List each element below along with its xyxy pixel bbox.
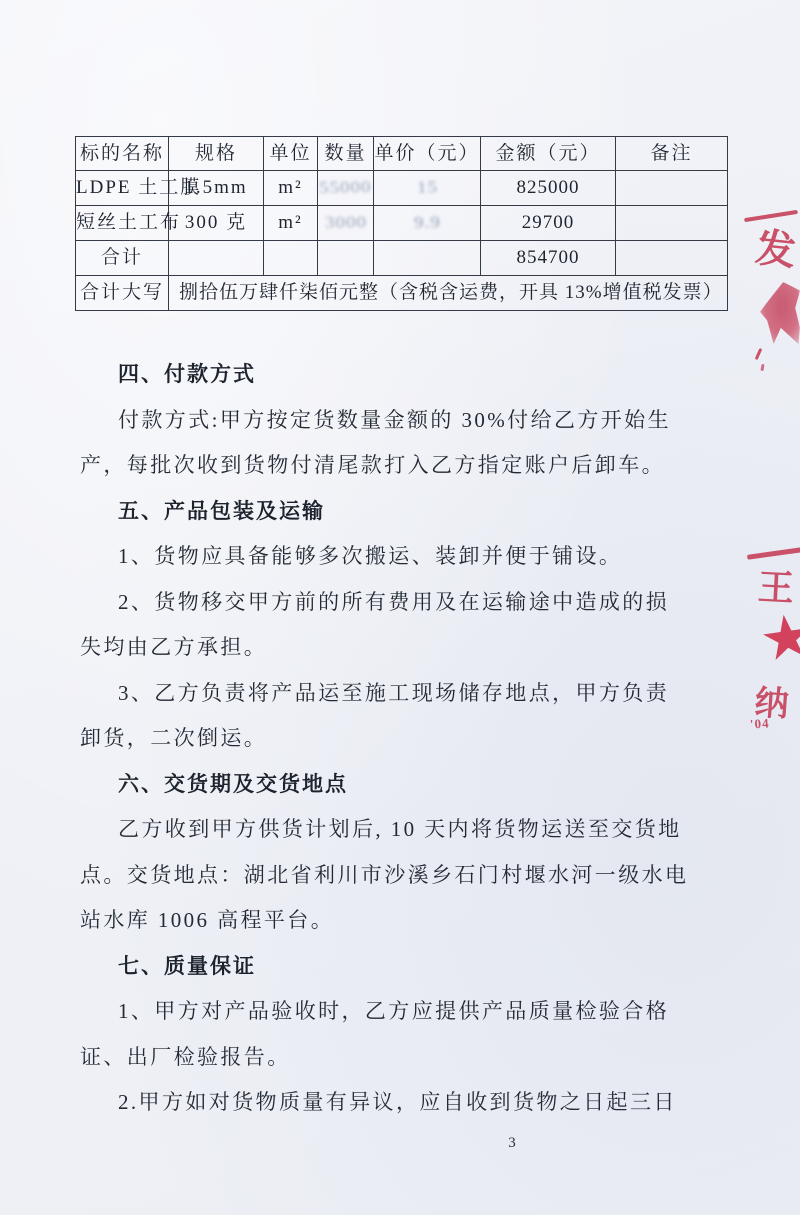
total-label-cell: 合计 [76,241,169,276]
contract-scan-page: 标的名称 规格 单位 数量 单价（元） 金额（元） 备注 LDPE 土工膜 1.… [0,0,800,1215]
clause-line: 乙方收到甲方供货计划后, 10 天内将货物运送至交货地 [80,807,700,853]
unit-cell: m² [264,206,318,241]
table-header-row: 标的名称 规格 单位 数量 单价（元） 金额（元） 备注 [76,137,728,171]
clause-line: 1、货物应具备能够多次搬运、装卸并便于铺设。 [80,534,700,580]
unit-price-cell: 15 [374,171,481,206]
seal-character: 发 [753,216,799,277]
amount-in-words-cell: 捌拾伍万肆仟柒佰元整（含税含运费，开具 13%增值税发票） [169,276,728,311]
contract-clauses: 四、付款方式 付款方式:甲方按定货数量金额的 30%付给乙方开始生 产，每批次收… [80,352,700,1126]
smudged-price-value: 15 [416,178,437,198]
clause-line: 付款方式:甲方按定货数量金额的 30%付给乙方开始生 [80,398,700,444]
words-label-cell: 合计大写 [76,276,169,311]
col-header-qty: 数量 [318,137,374,171]
col-header-remark: 备注 [616,137,728,171]
seal-character: 王 [757,559,796,612]
table-row-ldpe: LDPE 土工膜 1.5mm m² 55000 15 825000 [76,171,728,206]
remark-cell [616,171,728,206]
col-header-spec: 规格 [169,137,264,171]
remark-cell [616,206,728,241]
total-amount-cell: 854700 [481,241,616,276]
amount-cell: 825000 [481,171,616,206]
seal-stroke [760,364,764,371]
unit-cell: m² [264,171,318,206]
item-name-cell: LDPE 土工膜 [76,171,169,206]
empty-cell [374,241,481,276]
seal-stroke [744,210,798,222]
section-heading-delivery: 六、交货期及交货地点 [80,762,700,808]
clause-line: 站水库 1006 高程平台。 [80,898,700,944]
seal-digits: '04 [749,715,770,732]
clause-line: 产，每批次收到货物付清尾款打入乙方指定账户后卸车。 [80,443,700,489]
clause-line: 证、出厂检验报告。 [80,1035,700,1081]
smudged-qty-value: 55000 [319,178,372,199]
seal-stroke [755,348,763,360]
table-row-total: 合计 854700 [76,241,728,276]
spec-cell: 300 克 [169,206,264,241]
goods-table: 标的名称 规格 单位 数量 单价（元） 金额（元） 备注 LDPE 土工膜 1.… [75,136,728,311]
qty-cell: 55000 [318,171,374,206]
seal-character: 纳 [753,675,790,726]
section-heading-quality: 七、质量保证 [80,944,700,990]
qty-cell: 3000 [318,206,374,241]
table-row-geotextile: 短丝土工布 300 克 m² 3000 9.9 29700 [76,206,728,241]
section-heading-packaging: 五、产品包装及运输 [80,489,700,535]
col-header-item-name: 标的名称 [76,137,169,171]
item-name-cell: 短丝土工布 [76,206,169,241]
empty-cell [318,241,374,276]
clause-line: 卸货，二次倒运。 [80,716,700,762]
col-header-unit-price: 单价（元） [374,137,481,171]
smudged-qty-value: 3000 [324,213,366,233]
table-row-amount-in-words: 合计大写 捌拾伍万肆仟柒佰元整（含税含运费，开具 13%增值税发票） [76,276,728,311]
clause-line: 2、货物移交甲方前的所有费用及在运输途中造成的损 [80,580,700,626]
clause-line: 点。交货地点：湖北省利川市沙溪乡石门村堰水河一级水电 [80,853,700,899]
amount-cell: 29700 [481,206,616,241]
star-seal-icon: ★ [756,605,800,672]
empty-cell [264,241,318,276]
clause-line: 3、乙方负责将产品运至施工现场储存地点，甲方负责 [80,671,700,717]
seal-smudge [760,282,800,344]
clause-line: 1、甲方对产品验收时，乙方应提供产品质量检验合格 [80,989,700,1035]
col-header-unit: 单位 [264,137,318,171]
unit-price-cell: 9.9 [374,206,481,241]
empty-cell [616,241,728,276]
page-number: 3 [500,1135,524,1152]
section-heading-payment: 四、付款方式 [80,352,700,398]
col-header-amount: 金额（元） [481,137,616,171]
empty-cell [169,241,264,276]
clause-line: 2.甲方如对货物质量有异议，应自收到货物之日起三日 [80,1080,700,1126]
smudged-price-value: 9.9 [413,213,440,233]
clause-line: 失均由乙方承担。 [80,625,700,671]
seal-stroke [747,547,800,560]
